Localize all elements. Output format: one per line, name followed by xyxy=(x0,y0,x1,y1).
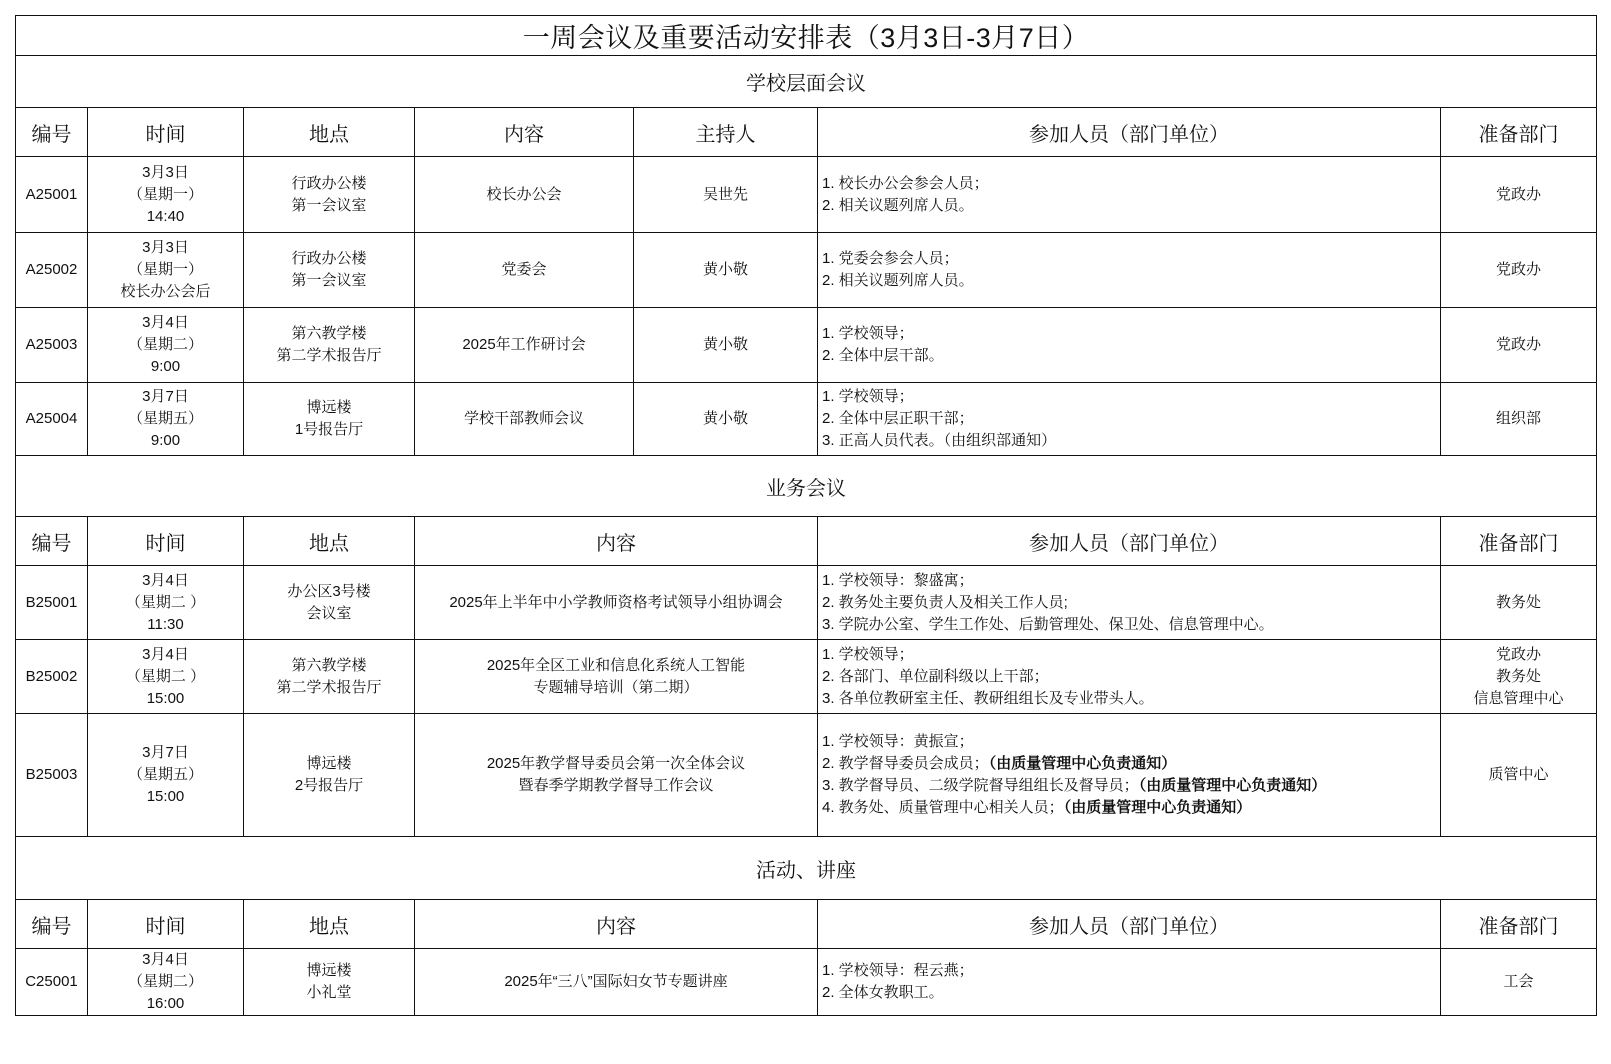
dept-line: 教务处 xyxy=(1441,666,1596,688)
cell-dept: 质管中心 xyxy=(1441,714,1597,837)
table-row: B25003 3月7日 （星期五） 15:00 博远楼 2号报告厅 2025年教… xyxy=(16,714,1597,837)
time-weekday: （星期五） xyxy=(88,764,243,786)
attendee-note: （由质量管理中心负责通知） xyxy=(1139,777,1327,794)
time-date: 3月7日 xyxy=(88,742,243,764)
cell-content: 校长办公会 xyxy=(415,157,634,233)
cell-id: B25002 xyxy=(16,640,88,714)
attendee-line: 4. 教务处、质量管理中心相关人员；（由质量管理中心负责通知） xyxy=(822,797,1440,819)
column-header-location: 地点 xyxy=(244,517,415,566)
time-clock: 15:00 xyxy=(88,786,243,808)
attendee-line: 2. 全体中层干部。 xyxy=(822,345,1440,367)
page-title: 一周会议及重要活动安排表（3月3日-3月7日） xyxy=(16,16,1597,56)
cell-time: 3月4日 （星期二 ） 11:30 xyxy=(88,566,244,640)
time-date: 3月4日 xyxy=(88,312,243,334)
title-row: 一周会议及重要活动安排表（3月3日-3月7日） xyxy=(16,16,1597,56)
cell-id: A25001 xyxy=(16,157,88,233)
content-line: 2025年“三八”国际妇女节专题讲座 xyxy=(415,971,817,993)
attendee-line: 1. 校长办公会参会人员； xyxy=(822,173,1440,195)
cell-attendees: 1. 学校领导； 2. 全体中层正职干部； 3. 正高人员代表。（由组织部通知） xyxy=(818,383,1441,456)
attendee-text: 1. 学校领导：黄振宣； xyxy=(822,733,974,750)
column-header-dept: 准备部门 xyxy=(1441,108,1597,157)
location-room: 1号报告厅 xyxy=(244,419,414,441)
column-header-dept: 准备部门 xyxy=(1441,517,1597,566)
attendee-line: 1. 学校领导：黄振宣； xyxy=(822,731,1440,753)
cell-content: 2025年上半年中小学教师资格考试领导小组协调会 xyxy=(415,566,818,640)
table-row: A25001 3月3日 （星期一） 14:40 行政办公楼 第一会议室 校长办公… xyxy=(16,157,1597,233)
cell-location: 博远楼 小礼堂 xyxy=(244,949,415,1016)
time-weekday: （星期一） xyxy=(88,184,243,206)
attendee-line: 1. 学校领导：程云燕； xyxy=(822,960,1440,982)
section-header-business-meetings: 业务会议 xyxy=(16,456,1597,517)
column-header-id: 编号 xyxy=(16,517,88,566)
attendee-text: 3. 教学督导员、二级学院督导组组长及督导员； xyxy=(822,777,1139,794)
location-room: 第一会议室 xyxy=(244,195,414,217)
time-date: 3月4日 xyxy=(88,570,243,592)
attendee-line: 2. 教学督导委员会成员；（由质量管理中心负责通知） xyxy=(822,753,1440,775)
column-header-id: 编号 xyxy=(16,108,88,157)
cell-attendees: 1. 学校领导； 2. 全体中层干部。 xyxy=(818,308,1441,383)
cell-id: C25001 xyxy=(16,949,88,1016)
time-weekday: （星期五） xyxy=(88,408,243,430)
cell-attendees: 1. 校长办公会参会人员； 2. 相关议题列席人员。 xyxy=(818,157,1441,233)
dept-line: 工会 xyxy=(1441,971,1596,993)
location-building: 行政办公楼 xyxy=(244,173,414,195)
content-line: 校长办公会 xyxy=(415,184,633,206)
dept-line: 党政办 xyxy=(1441,644,1596,666)
time-clock: 9:00 xyxy=(88,356,243,378)
location-room: 第二学术报告厅 xyxy=(244,677,414,699)
time-weekday: （星期二） xyxy=(88,334,243,356)
time-date: 3月7日 xyxy=(88,386,243,408)
time-clock: 校长办公会后 xyxy=(88,281,243,303)
cell-id: A25002 xyxy=(16,233,88,308)
time-weekday: （星期二 ） xyxy=(88,666,243,688)
column-header-dept: 准备部门 xyxy=(1441,900,1597,949)
section-title: 学校层面会议 xyxy=(16,56,1597,108)
attendee-line: 3. 教学督导员、二级学院督导组组长及督导员；（由质量管理中心负责通知） xyxy=(822,775,1440,797)
cell-location: 博远楼 2号报告厅 xyxy=(244,714,415,837)
section-title: 业务会议 xyxy=(16,456,1597,517)
section-header-activities-lectures: 活动、讲座 xyxy=(16,837,1597,900)
time-clock: 9:00 xyxy=(88,430,243,452)
attendee-line: 2. 教务处主要负责人及相关工作人员; xyxy=(822,592,1440,614)
schedule-sheet: 一周会议及重要活动安排表（3月3日-3月7日） 学校层面会议 编号 时间 地点 … xyxy=(15,15,1596,1016)
time-date: 3月4日 xyxy=(88,949,243,971)
cell-content: 2025年“三八”国际妇女节专题讲座 xyxy=(415,949,818,1016)
cell-time: 3月4日 （星期二） 9:00 xyxy=(88,308,244,383)
time-weekday: （星期二） xyxy=(88,971,243,993)
cell-time: 3月3日 （星期一） 校长办公会后 xyxy=(88,233,244,308)
content-line: 2025年教学督导委员会第一次全体会议 xyxy=(415,753,817,775)
column-header-location: 地点 xyxy=(244,108,415,157)
attendee-line: 2. 相关议题列席人员。 xyxy=(822,195,1440,217)
location-building: 博远楼 xyxy=(244,753,414,775)
content-line: 党委会 xyxy=(415,259,633,281)
time-date: 3月4日 xyxy=(88,644,243,666)
cell-dept: 党政办 xyxy=(1441,308,1597,383)
location-building: 博远楼 xyxy=(244,960,414,982)
column-header-attendees: 参加人员（部门单位） xyxy=(818,108,1441,157)
content-line: 2025年上半年中小学教师资格考试领导小组协调会 xyxy=(415,592,817,614)
dept-line: 信息管理中心 xyxy=(1441,688,1596,710)
attendee-line: 2. 相关议题列席人员。 xyxy=(822,270,1440,292)
cell-dept: 工会 xyxy=(1441,949,1597,1016)
column-header-time: 时间 xyxy=(88,108,244,157)
cell-host: 黄小敬 xyxy=(634,308,818,383)
cell-attendees: 1. 学校领导：黎盛寓； 2. 教务处主要负责人及相关工作人员; 3. 学院办公… xyxy=(818,566,1441,640)
dept-line: 质管中心 xyxy=(1441,764,1596,786)
table-row: C25001 3月4日 （星期二） 16:00 博远楼 小礼堂 2025年“三八… xyxy=(16,949,1597,1016)
cell-time: 3月4日 （星期二） 16:00 xyxy=(88,949,244,1016)
time-date: 3月3日 xyxy=(88,237,243,259)
column-header-location: 地点 xyxy=(244,900,415,949)
cell-id: A25004 xyxy=(16,383,88,456)
cell-content: 2025年全区工业和信息化系统人工智能 专题辅导培训（第二期） xyxy=(415,640,818,714)
column-header-time: 时间 xyxy=(88,900,244,949)
location-building: 第六教学楼 xyxy=(244,655,414,677)
attendee-line: 1. 学校领导； xyxy=(822,644,1440,666)
location-building: 行政办公楼 xyxy=(244,248,414,270)
content-line: 专题辅导培训（第二期） xyxy=(415,677,817,699)
time-clock: 15:00 xyxy=(88,688,243,710)
column-header-attendees: 参加人员（部门单位） xyxy=(818,900,1441,949)
cell-dept: 组织部 xyxy=(1441,383,1597,456)
section-title: 活动、讲座 xyxy=(16,837,1597,900)
column-header-content: 内容 xyxy=(415,108,634,157)
cell-dept: 党政办 xyxy=(1441,157,1597,233)
location-room: 第二学术报告厅 xyxy=(244,345,414,367)
cell-id: A25003 xyxy=(16,308,88,383)
dept-line: 党政办 xyxy=(1441,334,1596,356)
dept-line: 党政办 xyxy=(1441,259,1596,281)
cell-content: 学校干部教师会议 xyxy=(415,383,634,456)
column-header-content: 内容 xyxy=(415,517,818,566)
location-room: 会议室 xyxy=(244,603,414,625)
cell-time: 3月7日 （星期五） 15:00 xyxy=(88,714,244,837)
location-room: 第一会议室 xyxy=(244,270,414,292)
cell-location: 第六教学楼 第二学术报告厅 xyxy=(244,308,415,383)
cell-attendees: 1. 党委会参会人员； 2. 相关议题列席人员。 xyxy=(818,233,1441,308)
attendee-line: 3. 各单位教研室主任、教研组组长及专业带头人。 xyxy=(822,688,1440,710)
attendee-line: 2. 全体女教职工。 xyxy=(822,982,1440,1004)
content-line: 2025年工作研讨会 xyxy=(415,334,633,356)
cell-content: 2025年教学督导委员会第一次全体会议 暨春季学期教学督导工作会议 xyxy=(415,714,818,837)
cell-id: B25001 xyxy=(16,566,88,640)
cell-attendees: 1. 学校领导； 2. 各部门、单位副科级以上干部； 3. 各单位教研室主任、教… xyxy=(818,640,1441,714)
cell-location: 博远楼 1号报告厅 xyxy=(244,383,415,456)
column-header-host: 主持人 xyxy=(634,108,818,157)
time-clock: 14:40 xyxy=(88,206,243,228)
cell-host: 黄小敬 xyxy=(634,383,818,456)
cell-content: 党委会 xyxy=(415,233,634,308)
content-line: 2025年全区工业和信息化系统人工智能 xyxy=(415,655,817,677)
column-header-row: 编号 时间 地点 内容 参加人员（部门单位） 准备部门 xyxy=(16,517,1597,566)
cell-time: 3月4日 （星期二 ） 15:00 xyxy=(88,640,244,714)
location-room: 2号报告厅 xyxy=(244,775,414,797)
attendee-line: 1. 学校领导； xyxy=(822,323,1440,345)
location-building: 博远楼 xyxy=(244,397,414,419)
cell-id: B25003 xyxy=(16,714,88,837)
time-date: 3月3日 xyxy=(88,162,243,184)
section-header-school-meetings: 学校层面会议 xyxy=(16,56,1597,108)
attendee-line: 1. 党委会参会人员； xyxy=(822,248,1440,270)
attendee-note: （由质量管理中心负责通知） xyxy=(989,755,1177,772)
column-header-content: 内容 xyxy=(415,900,818,949)
table-row: A25003 3月4日 （星期二） 9:00 第六教学楼 第二学术报告厅 202… xyxy=(16,308,1597,383)
schedule-table: 一周会议及重要活动安排表（3月3日-3月7日） 学校层面会议 编号 时间 地点 … xyxy=(15,15,1597,1016)
cell-location: 行政办公楼 第一会议室 xyxy=(244,157,415,233)
time-clock: 16:00 xyxy=(88,993,243,1015)
attendee-line: 3. 正高人员代表。（由组织部通知） xyxy=(822,430,1440,452)
column-header-id: 编号 xyxy=(16,900,88,949)
dept-line: 教务处 xyxy=(1441,592,1596,614)
content-line: 暨春季学期教学督导工作会议 xyxy=(415,775,817,797)
cell-host: 吴世先 xyxy=(634,157,818,233)
cell-time: 3月3日 （星期一） 14:40 xyxy=(88,157,244,233)
location-building: 第六教学楼 xyxy=(244,323,414,345)
location-room: 小礼堂 xyxy=(244,982,414,1004)
attendee-text: 4. 教务处、质量管理中心相关人员； xyxy=(822,799,1064,816)
table-row: A25004 3月7日 （星期五） 9:00 博远楼 1号报告厅 学校干部教师会… xyxy=(16,383,1597,456)
table-row: B25002 3月4日 （星期二 ） 15:00 第六教学楼 第二学术报告厅 2… xyxy=(16,640,1597,714)
cell-location: 办公区3号楼 会议室 xyxy=(244,566,415,640)
location-building: 办公区3号楼 xyxy=(244,581,414,603)
column-header-row: 编号 时间 地点 内容 参加人员（部门单位） 准备部门 xyxy=(16,900,1597,949)
dept-line: 组织部 xyxy=(1441,408,1596,430)
content-line: 学校干部教师会议 xyxy=(415,408,633,430)
attendee-note: （由质量管理中心负责通知） xyxy=(1064,799,1252,816)
cell-dept: 党政办 教务处 信息管理中心 xyxy=(1441,640,1597,714)
cell-attendees: 1. 学校领导：程云燕； 2. 全体女教职工。 xyxy=(818,949,1441,1016)
attendee-line: 2. 全体中层正职干部； xyxy=(822,408,1440,430)
cell-content: 2025年工作研讨会 xyxy=(415,308,634,383)
cell-dept: 教务处 xyxy=(1441,566,1597,640)
cell-dept: 党政办 xyxy=(1441,233,1597,308)
cell-time: 3月7日 （星期五） 9:00 xyxy=(88,383,244,456)
column-header-time: 时间 xyxy=(88,517,244,566)
attendee-text: 2. 教学督导委员会成员； xyxy=(822,755,989,772)
column-header-attendees: 参加人员（部门单位） xyxy=(818,517,1441,566)
attendee-line: 3. 学院办公室、学生工作处、后勤管理处、保卫处、信息管理中心。 xyxy=(822,614,1440,636)
table-row: B25001 3月4日 （星期二 ） 11:30 办公区3号楼 会议室 2025… xyxy=(16,566,1597,640)
cell-location: 第六教学楼 第二学术报告厅 xyxy=(244,640,415,714)
attendee-line: 1. 学校领导：黎盛寓； xyxy=(822,570,1440,592)
table-row: A25002 3月3日 （星期一） 校长办公会后 行政办公楼 第一会议室 党委会… xyxy=(16,233,1597,308)
time-weekday: （星期一） xyxy=(88,259,243,281)
cell-attendees: 1. 学校领导：黄振宣； 2. 教学督导委员会成员；（由质量管理中心负责通知） … xyxy=(818,714,1441,837)
column-header-row: 编号 时间 地点 内容 主持人 参加人员（部门单位） 准备部门 xyxy=(16,108,1597,157)
time-clock: 11:30 xyxy=(88,614,243,636)
dept-line: 党政办 xyxy=(1441,184,1596,206)
attendee-line: 2. 各部门、单位副科级以上干部； xyxy=(822,666,1440,688)
cell-location: 行政办公楼 第一会议室 xyxy=(244,233,415,308)
cell-host: 黄小敬 xyxy=(634,233,818,308)
attendee-line: 1. 学校领导； xyxy=(822,386,1440,408)
time-weekday: （星期二 ） xyxy=(88,592,243,614)
